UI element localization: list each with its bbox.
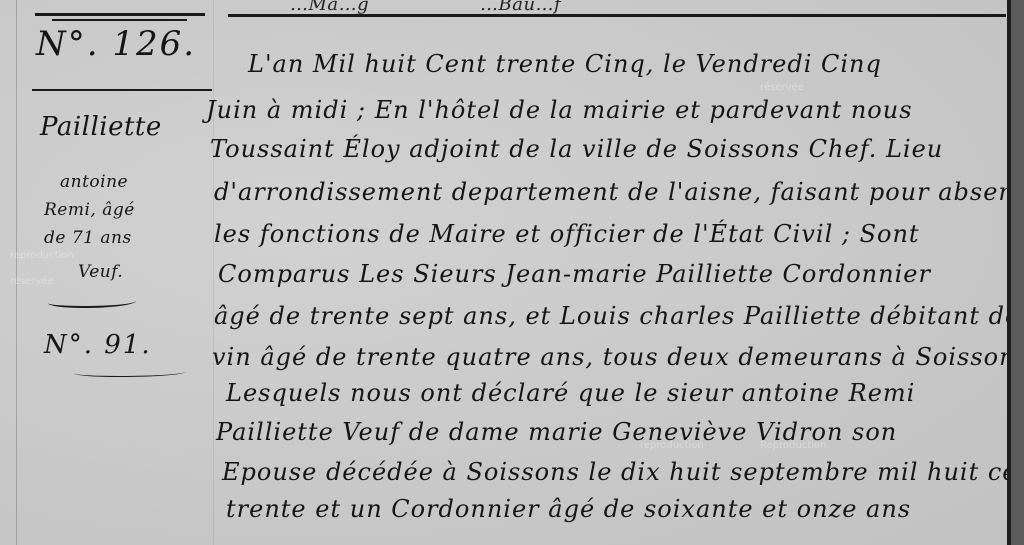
- deceased-details-1: Remi, âgé: [44, 200, 135, 220]
- binding-edge: [1007, 0, 1024, 545]
- watermark: réservée: [760, 82, 804, 93]
- body-line: L'an Mil huit Cent trente Cinq, le Vendr…: [248, 50, 882, 78]
- body-line: Juin à midi ; En l'hôtel de la mairie et…: [206, 96, 913, 124]
- index-number: N°. 91.: [44, 330, 152, 360]
- body-line: d'arrondissement departement de l'aisne,…: [214, 178, 1024, 206]
- body-line: âgé de trente sept ans, et Louis charles…: [214, 302, 1020, 330]
- deceased-details-2: de 71 ans: [44, 228, 132, 248]
- signature-fragment-left: …Ma…g: [290, 0, 369, 15]
- body-line: Toussaint Éloy adjoint de la ville de So…: [210, 135, 943, 163]
- watermark: réservée: [10, 276, 54, 287]
- watermark: Reproduction: [760, 440, 826, 451]
- column-divider: [213, 0, 214, 545]
- entry-number-underline: [32, 89, 212, 91]
- index-flourish: [74, 368, 186, 377]
- deceased-given-name: antoine: [60, 172, 128, 192]
- top-rule-left-double: [52, 19, 187, 21]
- entry-number: N°. 126.: [36, 24, 196, 64]
- body-line: vin âgé de trente quatre ans, tous deux …: [212, 343, 1024, 371]
- watermark: reproduction: [10, 250, 74, 261]
- margin-flourish: [48, 296, 136, 308]
- register-page: …Ma…g …Bau…f N°. 126. Pailliette antoine…: [0, 0, 1007, 545]
- body-line: Lesquels nous ont déclaré que le sieur a…: [226, 379, 915, 407]
- deceased-surname: Pailliette: [40, 112, 162, 142]
- body-line: Comparus Les Sieurs Jean-marie Pailliett…: [218, 260, 931, 288]
- watermark: reproduction: [640, 440, 704, 451]
- body-line: trente et un Cordonnier âgé de soixante …: [226, 495, 911, 523]
- top-rule-left: [35, 13, 205, 16]
- deceased-status: Veuf.: [78, 262, 123, 282]
- margin-guide-line: [16, 0, 17, 545]
- body-line: les fonctions de Maire et officier de l'…: [214, 220, 920, 248]
- signature-fragment-right: …Bau…f: [480, 0, 561, 15]
- body-line: Epouse décédée à Soissons le dix huit se…: [222, 458, 1024, 486]
